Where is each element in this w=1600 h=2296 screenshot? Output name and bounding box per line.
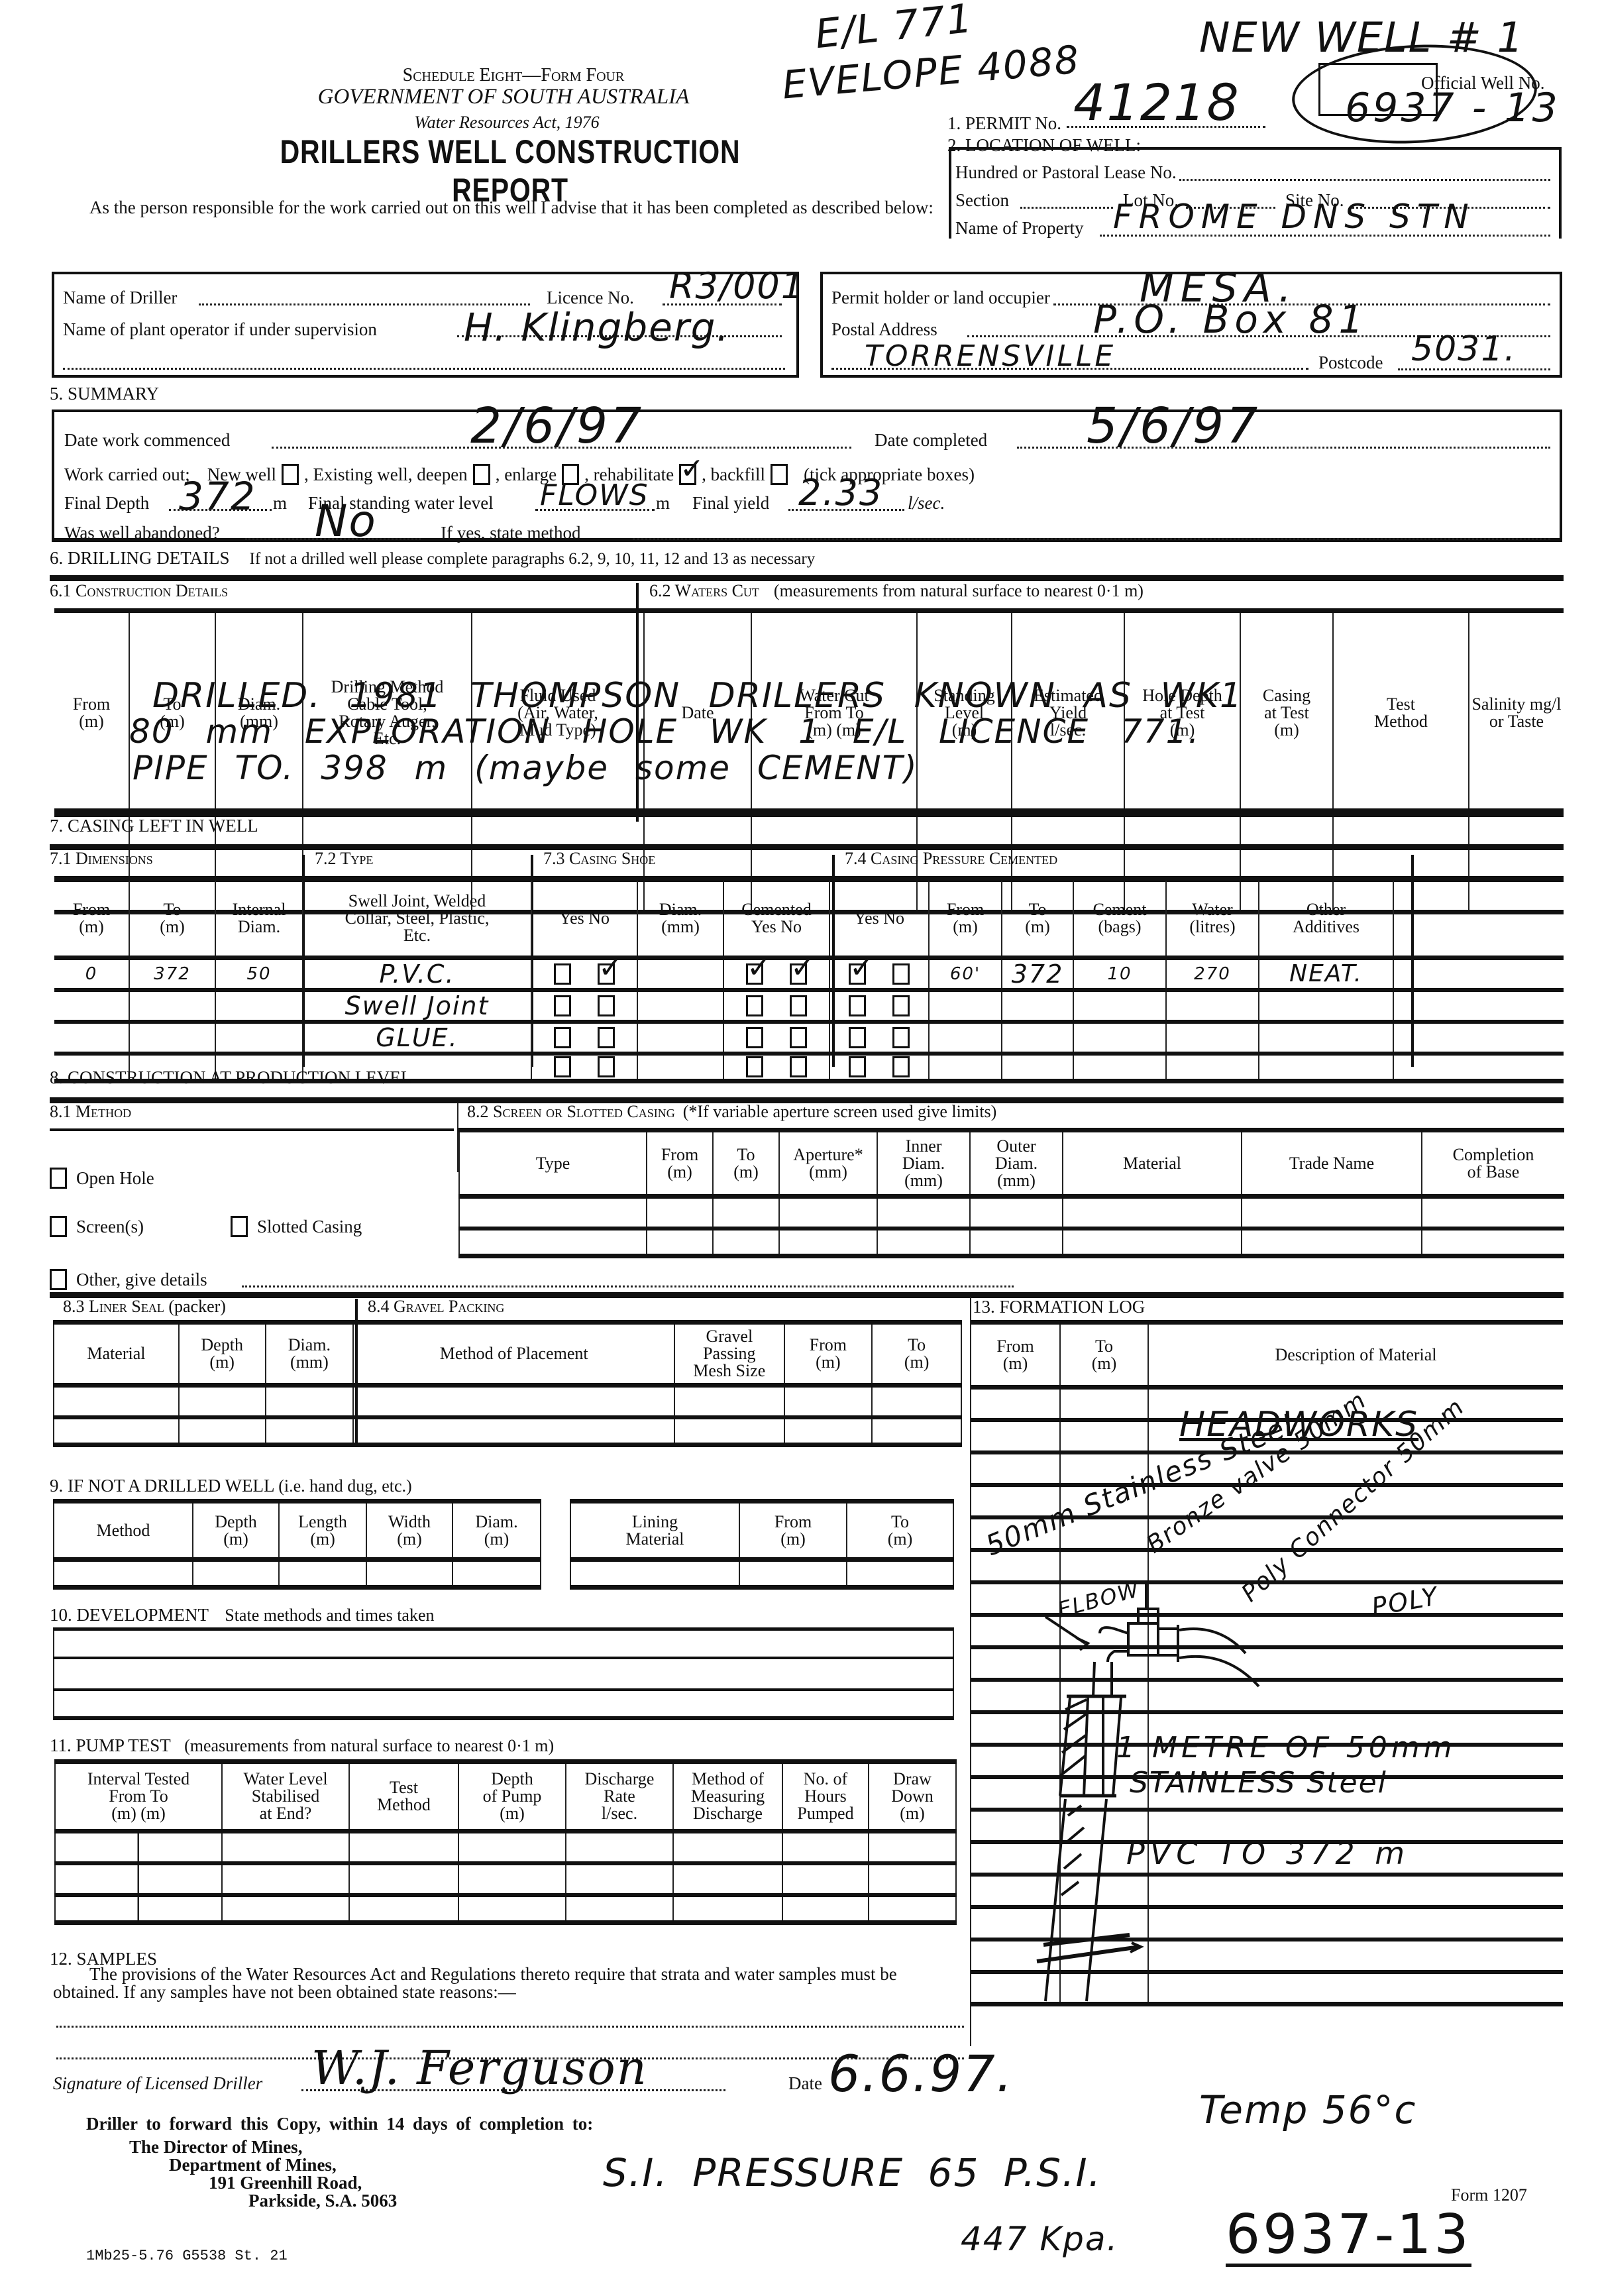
waters-title: 6.2 Waters Cut: [649, 581, 759, 600]
yield-unit: l/sec.: [908, 494, 945, 512]
development-line-1: [53, 1657, 954, 1659]
screens-label: Screen(s): [76, 1217, 144, 1236]
permit-value[interactable]: 41218: [1073, 73, 1240, 132]
casing-section-label: 7. CASING LEFT IN WELL: [50, 816, 258, 835]
pump-col-measuring: Method of Measuring Discharge: [673, 1762, 782, 1831]
screens-option[interactable]: Screen(s): [50, 1216, 144, 1237]
cemented-yes-checkbox[interactable]: [746, 1056, 763, 1077]
pump-col-hours: No. of Hours Pumped: [782, 1762, 869, 1831]
drilling-note-2[interactable]: 80 mm EXPLORATION HOLE WK 1 E/L LICENCE …: [129, 712, 1200, 751]
casing-row-1-cement[interactable]: 10: [1073, 958, 1166, 990]
slotted-checkbox[interactable]: [231, 1216, 248, 1237]
cemented-no-checkbox[interactable]: [790, 1027, 807, 1048]
development-title: 10. DEVELOPMENT: [50, 1605, 209, 1625]
shoe-yes-checkbox[interactable]: [554, 1056, 571, 1077]
drilling-section-note: If not a drilled well please complete pa…: [250, 550, 816, 568]
nd-col-length: Length (m): [279, 1502, 366, 1560]
pump-table: Interval Tested From To (m) (m) Water Le…: [54, 1759, 957, 1925]
screen-title: 8.2 Screen or Slotted Casing: [467, 1102, 675, 1121]
waters-label: 6.2 Waters Cut(measurements from natural…: [649, 582, 1144, 600]
completed-value[interactable]: 5/6/97: [1087, 398, 1260, 455]
lining-table: Lining Material From (m) To (m): [570, 1499, 954, 1590]
casing-row-1-water[interactable]: 270: [1166, 958, 1259, 990]
lining-col-to: To (m): [847, 1502, 953, 1560]
hundred-field[interactable]: [1179, 179, 1550, 181]
well-no-bottom-annotation: 6937-13: [1226, 2207, 1471, 2267]
not-drilled-note: (i.e. hand dug, etc.): [278, 1476, 411, 1496]
permit-label: 1. PERMIT No.: [947, 114, 1061, 133]
type-label: 7.2 Type: [315, 849, 373, 867]
liner-rule: [50, 1292, 1564, 1298]
method-field[interactable]: [633, 538, 1550, 540]
casing-col-cemented: Cemented Yes No: [723, 879, 829, 958]
cemented-yes-checkbox[interactable]: [746, 1027, 763, 1048]
casing-row-1-shoe-diam[interactable]: [637, 958, 723, 990]
drilling-section-label: 6. DRILLING DETAILSIf not a drilled well…: [50, 549, 815, 568]
dimensions-label: 7.1 Dimensions: [50, 849, 153, 867]
hundred-label: Hundred or Pastoral Lease No.: [955, 163, 1177, 182]
section-field[interactable]: [1020, 207, 1113, 209]
address-line2-value[interactable]: TORRENSVILLE: [865, 339, 1116, 373]
casing-row-1-blank: [1393, 958, 1564, 990]
casing-table: From (m) To (m) Internal Diam. Swell Joi…: [54, 876, 1564, 1083]
cemented-no-checkbox[interactable]: [790, 963, 807, 985]
pressure-label: 7.4 Casing Pressure Cemented: [845, 849, 1057, 867]
cemented-yes-checkbox[interactable]: [746, 995, 763, 1016]
col-salinity: Salinity mg/l or Taste: [1469, 611, 1564, 815]
gravel-col-mesh: Gravel Passing Mesh Size: [674, 1323, 784, 1386]
date-value[interactable]: 6.6.97.: [828, 2044, 1014, 2103]
pump-note: (measurements from natural surface to ne…: [184, 1736, 554, 1755]
holder-label: Permit holder or land occupier: [831, 288, 1050, 307]
open-hole-option[interactable]: Open Hole: [50, 1168, 154, 1189]
other-checkbox[interactable]: [50, 1269, 67, 1290]
gravel-col-method: Method of Placement: [353, 1323, 674, 1386]
other-label: Other, give details: [76, 1270, 207, 1289]
shoe-yes-checkbox[interactable]: [554, 1027, 571, 1048]
print-code: 1Mb25-5.76 G5538 St. 21: [86, 2248, 288, 2264]
casing-row-2: Swell Joint: [54, 990, 1564, 1022]
casing-row-1-from[interactable]: 0: [54, 958, 129, 990]
pressure-no-checkbox[interactable]: [892, 1027, 910, 1048]
liner-col-depth: Depth (m): [179, 1323, 266, 1386]
work-deepen-label: , Existing well, deepen: [304, 465, 468, 484]
casing-row-1-shoe: [531, 958, 637, 990]
forward-instruction: Driller to forward this Copy, within 14 …: [86, 2114, 593, 2134]
nd-col-method: Method: [54, 1502, 193, 1560]
waters-note: (measurements from natural surface to ne…: [774, 581, 1144, 600]
pump-col-depth: Depth of Pump (m): [458, 1762, 566, 1831]
postcode-value[interactable]: 5031.: [1411, 329, 1517, 369]
shoe-label: 7.3 Casing Shoe: [543, 849, 655, 867]
col-test-method: Test Method: [1333, 611, 1469, 815]
pump-col-water-level: Water Level Stabilised at End?: [222, 1762, 349, 1831]
form-number: Form 1207: [1451, 2185, 1527, 2205]
intro-text: As the person responsible for the work c…: [50, 199, 951, 217]
headworks-sketch-drawing: [967, 1577, 1600, 2041]
licence-value[interactable]: R3/001: [669, 265, 805, 307]
swl-unit: m: [656, 494, 670, 512]
casing-row-3-type[interactable]: GLUE.: [303, 1022, 531, 1054]
pressure-no-checkbox[interactable]: [892, 1056, 910, 1077]
col-from: From (m): [54, 611, 129, 815]
casing-col-internal-diam: Internal Diam.: [215, 879, 303, 958]
liner-col-material: Material: [54, 1323, 179, 1386]
pump-col-discharge: Discharge Rate l/sec.: [566, 1762, 673, 1831]
pump-title: 11. PUMP TEST: [50, 1735, 170, 1755]
pressure-yes-checkbox[interactable]: [849, 963, 866, 985]
shoe-no-checkbox[interactable]: [598, 995, 615, 1016]
pressure-yes-checkbox[interactable]: [849, 995, 866, 1016]
screen-table: Type From (m) To (m) Aperture* (mm) Inne…: [458, 1128, 1564, 1258]
screen-col-material: Material: [1063, 1130, 1242, 1197]
liner-col-diam: Diam. (mm): [266, 1323, 354, 1386]
drilling-note-3[interactable]: PIPE TO. 398 m (maybe some CEMENT): [133, 749, 918, 787]
screen-label-row: 8.2 Screen or Slotted Casing(*If variabl…: [467, 1103, 996, 1121]
other-option[interactable]: Other, give details: [50, 1269, 207, 1290]
method-rule: [50, 1128, 454, 1131]
shoe-no-checkbox[interactable]: [598, 1056, 615, 1077]
casing-col-blank: [1393, 879, 1564, 958]
development-label-row: 10. DEVELOPMENT State methods and times …: [50, 1606, 435, 1624]
samples-reason-line-1[interactable]: [56, 2026, 964, 2028]
open-hole-label: Open Hole: [76, 1169, 154, 1187]
casing-col-type: Swell Joint, Welded Collar, Steel, Plast…: [303, 879, 531, 958]
casing-col-shoe-diam: Diam. (mm): [637, 879, 723, 958]
casing-col-additives: Other Additives: [1259, 879, 1393, 958]
not-drilled-table: Method Depth (m) Length (m) Width (m) Di…: [53, 1499, 541, 1590]
other-details-field[interactable]: [242, 1285, 1014, 1287]
screens-checkbox[interactable]: [50, 1216, 67, 1237]
temp-annotation: Temp 56°c: [1199, 2087, 1416, 2132]
casing-col-cement: Cement (bags): [1073, 879, 1166, 958]
casing-col-water: Water (litres): [1166, 879, 1259, 958]
casing-col-from: From (m): [54, 879, 129, 958]
forward-address-4: Parkside, S.A. 5063: [248, 2191, 397, 2211]
abandoned-label: Was well abandoned?: [64, 523, 220, 542]
screen-col-to: To (m): [713, 1130, 779, 1197]
development-note: State methods and times taken: [225, 1606, 434, 1625]
drilling-section-title: 6. DRILLING DETAILS: [50, 548, 230, 568]
work-deepen-checkbox[interactable]: [473, 464, 490, 485]
casing-row-1-additives[interactable]: NEAT.: [1259, 958, 1393, 990]
casing-col-to: To (m): [129, 879, 215, 958]
casing-col-p-to: To (m): [1002, 879, 1073, 958]
casing-row-1-p-from[interactable]: 60': [929, 958, 1002, 990]
section-label: Section: [955, 191, 1009, 209]
drilling-note-1[interactable]: DRILLED. 1981 THOMPSON DRILLERS KNOWN AS…: [152, 676, 1243, 716]
gravel-col-to: To (m): [872, 1323, 961, 1386]
screen-col-inner: Inner Diam. (mm): [877, 1130, 970, 1197]
casing-row-1-cemented: [723, 958, 829, 990]
screen-col-type: Type: [459, 1130, 647, 1197]
nd-col-depth: Depth (m): [193, 1502, 279, 1560]
cemented-yes-checkbox[interactable]: [746, 963, 763, 985]
screen-col-aperture: Aperture* (mm): [779, 1130, 877, 1197]
liner-note: (packer): [168, 1297, 226, 1316]
liner-title: 8.3 Liner Seal: [63, 1297, 164, 1316]
formation-col-from: From (m): [971, 1323, 1060, 1388]
date-label: Date: [788, 2074, 822, 2093]
shoe-no-checkbox[interactable]: [598, 1027, 615, 1048]
pump-col-interval: Interval Tested From To (m) (m): [55, 1762, 222, 1831]
casing-row-1-to[interactable]: 372: [129, 958, 215, 990]
official-well-value[interactable]: 6937 - 13: [1345, 85, 1560, 131]
development-field[interactable]: [53, 1627, 954, 1720]
shoe-yes-checkbox[interactable]: [554, 963, 571, 985]
drilling-top-rule: [50, 575, 1564, 581]
swl-value[interactable]: FLOWS: [540, 478, 649, 512]
pressure-no-checkbox[interactable]: [892, 963, 910, 985]
pump-col-test-method: Test Method: [349, 1762, 458, 1831]
completed-label: Date completed: [875, 431, 987, 449]
lining-col-from: From (m): [739, 1502, 847, 1560]
summary-section-label: 5. SUMMARY: [50, 384, 159, 403]
gravel-label: 8.4 Gravel Packing: [368, 1297, 504, 1315]
not-drilled-label-row: 9. IF NOT A DRILLED WELL (i.e. hand dug,…: [50, 1476, 412, 1495]
samples-text: The provisions of the Water Resources Ac…: [53, 1965, 967, 2001]
cemented-no-checkbox[interactable]: [790, 995, 807, 1016]
screen-col-outer: Outer Diam. (mm): [970, 1130, 1063, 1197]
col-casing-test: Casing at Test (m): [1240, 611, 1333, 815]
open-hole-checkbox[interactable]: [50, 1168, 67, 1189]
abandoned-value[interactable]: No: [315, 496, 377, 547]
slotted-label: Slotted Casing: [257, 1217, 362, 1236]
work-label: Work carried out;: [64, 465, 190, 484]
schedule-label: Schedule Eight—Form Four: [368, 65, 659, 86]
liner-label-row: 8.3 Liner Seal (packer): [63, 1297, 226, 1315]
casing-row-1-diam[interactable]: 50: [215, 958, 303, 990]
slotted-option[interactable]: Slotted Casing: [231, 1216, 362, 1237]
screen-col-trade: Trade Name: [1242, 1130, 1422, 1197]
casing-col-shoe-yes-no: Yes No: [531, 879, 637, 958]
pump-col-drawdown: Draw Down (m): [869, 1762, 956, 1831]
shoe-no-checkbox[interactable]: [598, 963, 615, 985]
depth-unit: m: [273, 494, 287, 512]
si-pressure-annotation: S.I. PRESSURE 65 P.S.I.: [603, 2150, 1102, 2195]
development-line-2: [53, 1688, 954, 1691]
act-label: Water Resources Act, 1976: [368, 113, 646, 133]
casing-top-rule: [54, 808, 1564, 814]
gravel-col-from: From (m): [784, 1323, 873, 1386]
casing-row-1-type[interactable]: P.V.C.: [303, 958, 531, 990]
shoe-yes-checkbox[interactable]: [554, 995, 571, 1016]
nd-col-diam: Diam. (m): [453, 1502, 541, 1560]
work-new-well-checkbox[interactable]: [282, 464, 299, 485]
casing-row-1: 0 372 50 P.V.C. 60' 372 10 270 NEAT.: [54, 958, 1564, 990]
casing-row-1-p-to[interactable]: 372: [1002, 958, 1073, 990]
screen-col-from: From (m): [647, 1130, 713, 1197]
formation-section-label: 13. FORMATION LOG: [973, 1297, 1145, 1316]
construction-label: 6.1 Construction Details: [50, 582, 228, 600]
driller-extra-line[interactable]: [63, 368, 785, 370]
casing-row-3: GLUE.: [54, 1022, 1564, 1054]
lining-col-material: Lining Material: [570, 1502, 739, 1560]
liner-gravel-table: Material Depth (m) Diam. (mm) Method of …: [53, 1320, 962, 1447]
address-line1-value[interactable]: P.O. Box 81: [1093, 297, 1368, 342]
yield-value[interactable]: 2.33: [798, 472, 883, 514]
casing-col-p-from: From (m): [929, 879, 1002, 958]
postcode-label: Postcode: [1318, 353, 1383, 372]
address-label: Postal Address: [831, 320, 937, 339]
commenced-label: Date work commenced: [64, 431, 230, 449]
screen-note: (*If variable aperture screen used give …: [683, 1102, 997, 1121]
formation-col-to: To (m): [1060, 1323, 1148, 1388]
casing-rule: [50, 844, 1564, 850]
not-drilled-title: 9. IF NOT A DRILLED WELL: [50, 1476, 274, 1496]
government-label: GOVERNMENT OF SOUTH AUSTRALIA: [292, 85, 716, 109]
method-81-label: 8.1 Method: [50, 1103, 131, 1121]
casing-row-2-type[interactable]: Swell Joint: [303, 990, 531, 1022]
property-label: Name of Property: [955, 219, 1083, 237]
pressure-no-checkbox[interactable]: [892, 995, 910, 1016]
cemented-no-checkbox[interactable]: [790, 1056, 807, 1077]
work-backfill-label: , backfill: [702, 465, 765, 484]
method-label: If yes, state method: [441, 523, 580, 542]
depth-label: Final Depth: [64, 494, 149, 512]
screen-col-completion: Completion of Base: [1422, 1130, 1564, 1197]
pump-label-row: 11. PUMP TEST (measurements from natural…: [50, 1736, 554, 1755]
nd-col-width: Width (m): [366, 1502, 453, 1560]
driller-name-label: Name of Driller: [63, 288, 177, 307]
formation-col-description: Description of Material: [1148, 1323, 1563, 1388]
pressure-yes-checkbox[interactable]: [849, 1027, 866, 1048]
casing-col-pressure-yes-no: Yes No: [829, 879, 929, 958]
kpa-annotation: 447 Kpa.: [961, 2220, 1118, 2258]
operator-label: Name of plant operator if under supervis…: [63, 320, 377, 339]
signature-label: Signature of Licensed Driller: [53, 2074, 262, 2093]
commenced-value[interactable]: 2/6/97: [470, 398, 644, 455]
signature-value[interactable]: W.J. Ferguson: [311, 2041, 648, 2095]
casing-row-1-pressure: [829, 958, 929, 990]
production-section-label: 8. CONSTRUCTION AT PRODUCTION LEVEL: [50, 1068, 411, 1087]
pressure-yes-checkbox[interactable]: [849, 1056, 866, 1077]
work-backfill-checkbox[interactable]: [771, 464, 788, 485]
work-rehabilitate-checkbox[interactable]: [679, 464, 696, 485]
property-value[interactable]: FROME DNS STN: [1113, 197, 1475, 236]
yield-label: Final yield: [692, 494, 769, 512]
operator-value[interactable]: H. Klingberg.: [464, 305, 730, 350]
depth-value[interactable]: 372: [179, 474, 256, 519]
